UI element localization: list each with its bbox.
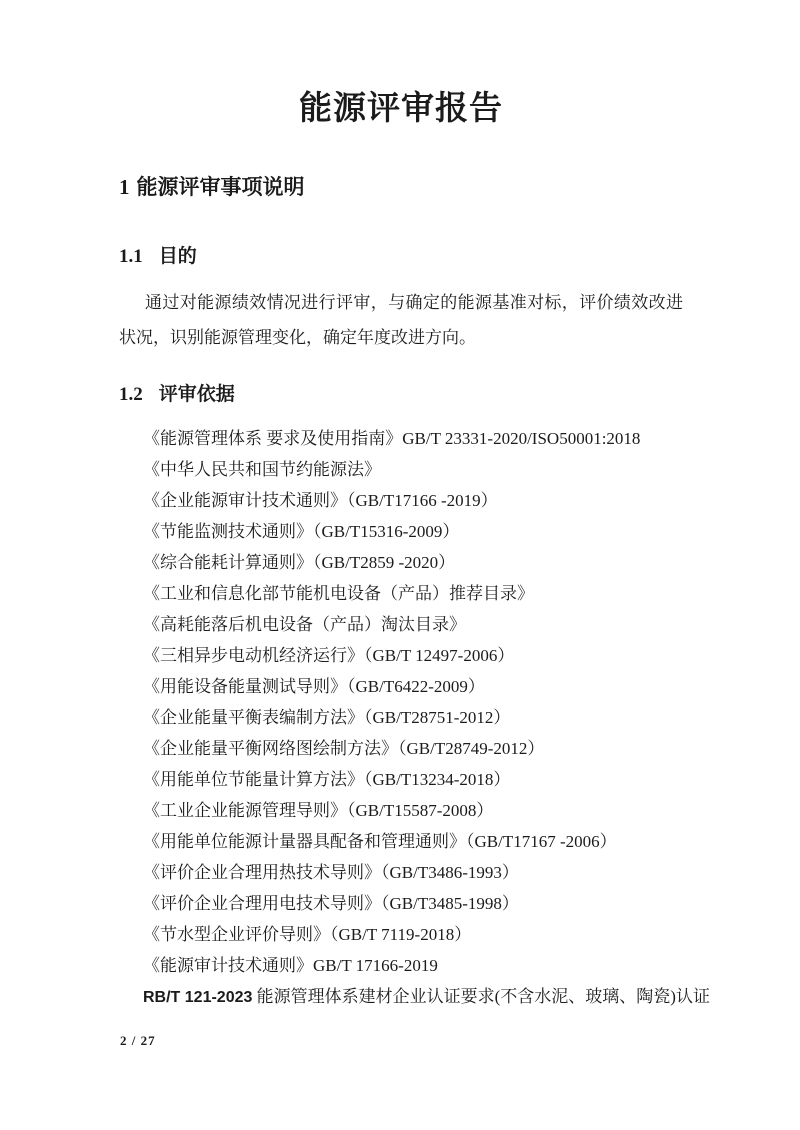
reference-item: 《能源管理体系 要求及使用指南》GB/T 23331-2020/ISO50001… <box>143 423 683 454</box>
heading-label: 能源评审事项说明 <box>137 175 305 199</box>
reference-item: 《中华人民共和国节约能源法》 <box>143 454 683 485</box>
reference-item: 《综合能耗计算通则》（GB/T2859 -2020） <box>143 547 683 578</box>
reference-item: 《工业和信息化部节能机电设备（产品）推荐目录》 <box>143 578 683 609</box>
reference-item: 《用能单位节能量计算方法》（GB/T13234-2018） <box>143 764 683 795</box>
heading-label: 评审依据 <box>159 384 235 405</box>
heading-number: 1 <box>119 175 130 199</box>
reference-item: 《企业能量平衡网络图绘制方法》（GB/T28749-2012） <box>143 733 683 764</box>
reference-item: 《节能监测技术通则》（GB/T15316-2009） <box>143 516 683 547</box>
reference-item: 《企业能源审计技术通则》（GB/T17166 -2019） <box>143 485 683 516</box>
reference-item: 《工业企业能源管理导则》（GB/T15587-2008） <box>143 795 683 826</box>
heading-number: 1.2 <box>119 384 143 405</box>
reference-item: 《评价企业合理用热技术导则》（GB/T3486-1993） <box>143 857 683 888</box>
rbt-standard-code: RB/T 121-2023 <box>143 989 252 1006</box>
document-page: 能源评审报告 1能源评审事项说明 1.1目的 通过对能源绩效情况进行评审，与确定… <box>0 0 800 1130</box>
document-title: 能源评审报告 <box>119 0 683 131</box>
rbt-standard-text: 能源管理体系建材企业认证要求(不含水泥、玻璃、陶瓷)认证 <box>257 987 710 1006</box>
reference-item: 《用能单位能源计量器具配备和管理通则》（GB/T17167 -2006） <box>143 826 683 857</box>
reference-item: 《企业能量平衡表编制方法》（GB/T28751-2012） <box>143 702 683 733</box>
reference-item: 《能源审计技术通则》GB/T 17166-2019 <box>143 950 683 981</box>
purpose-paragraph: 通过对能源绩效情况进行评审，与确定的能源基准对标，评价绩效改进状况，识别能源管理… <box>119 285 683 355</box>
subsection-heading-1-2: 1.2评审依据 <box>119 381 683 408</box>
page-number: 2 / 27 <box>120 1033 156 1049</box>
reference-item: 《三相异步电动机经济运行》（GB/T 12497-2006） <box>143 640 683 671</box>
heading-number: 1.1 <box>119 246 143 267</box>
heading-label: 目的 <box>159 246 197 267</box>
reference-item: 《高耗能落后机电设备（产品）淘汰目录》 <box>143 609 683 640</box>
reference-item: 《评价企业合理用电技术导则》（GB/T3485-1998） <box>143 888 683 919</box>
subsection-heading-1-1: 1.1目的 <box>119 243 683 270</box>
reference-item: 《节水型企业评价导则》（GB/T 7119-2018） <box>143 919 683 950</box>
reference-list: 《能源管理体系 要求及使用指南》GB/T 23331-2020/ISO50001… <box>119 423 683 1013</box>
reference-item: 《用能设备能量测试导则》（GB/T6422-2009） <box>143 671 683 702</box>
reference-item-rbt: RB/T 121-2023 能源管理体系建材企业认证要求(不含水泥、玻璃、陶瓷)… <box>143 981 683 1013</box>
section-heading-1: 1能源评审事项说明 <box>119 172 683 202</box>
